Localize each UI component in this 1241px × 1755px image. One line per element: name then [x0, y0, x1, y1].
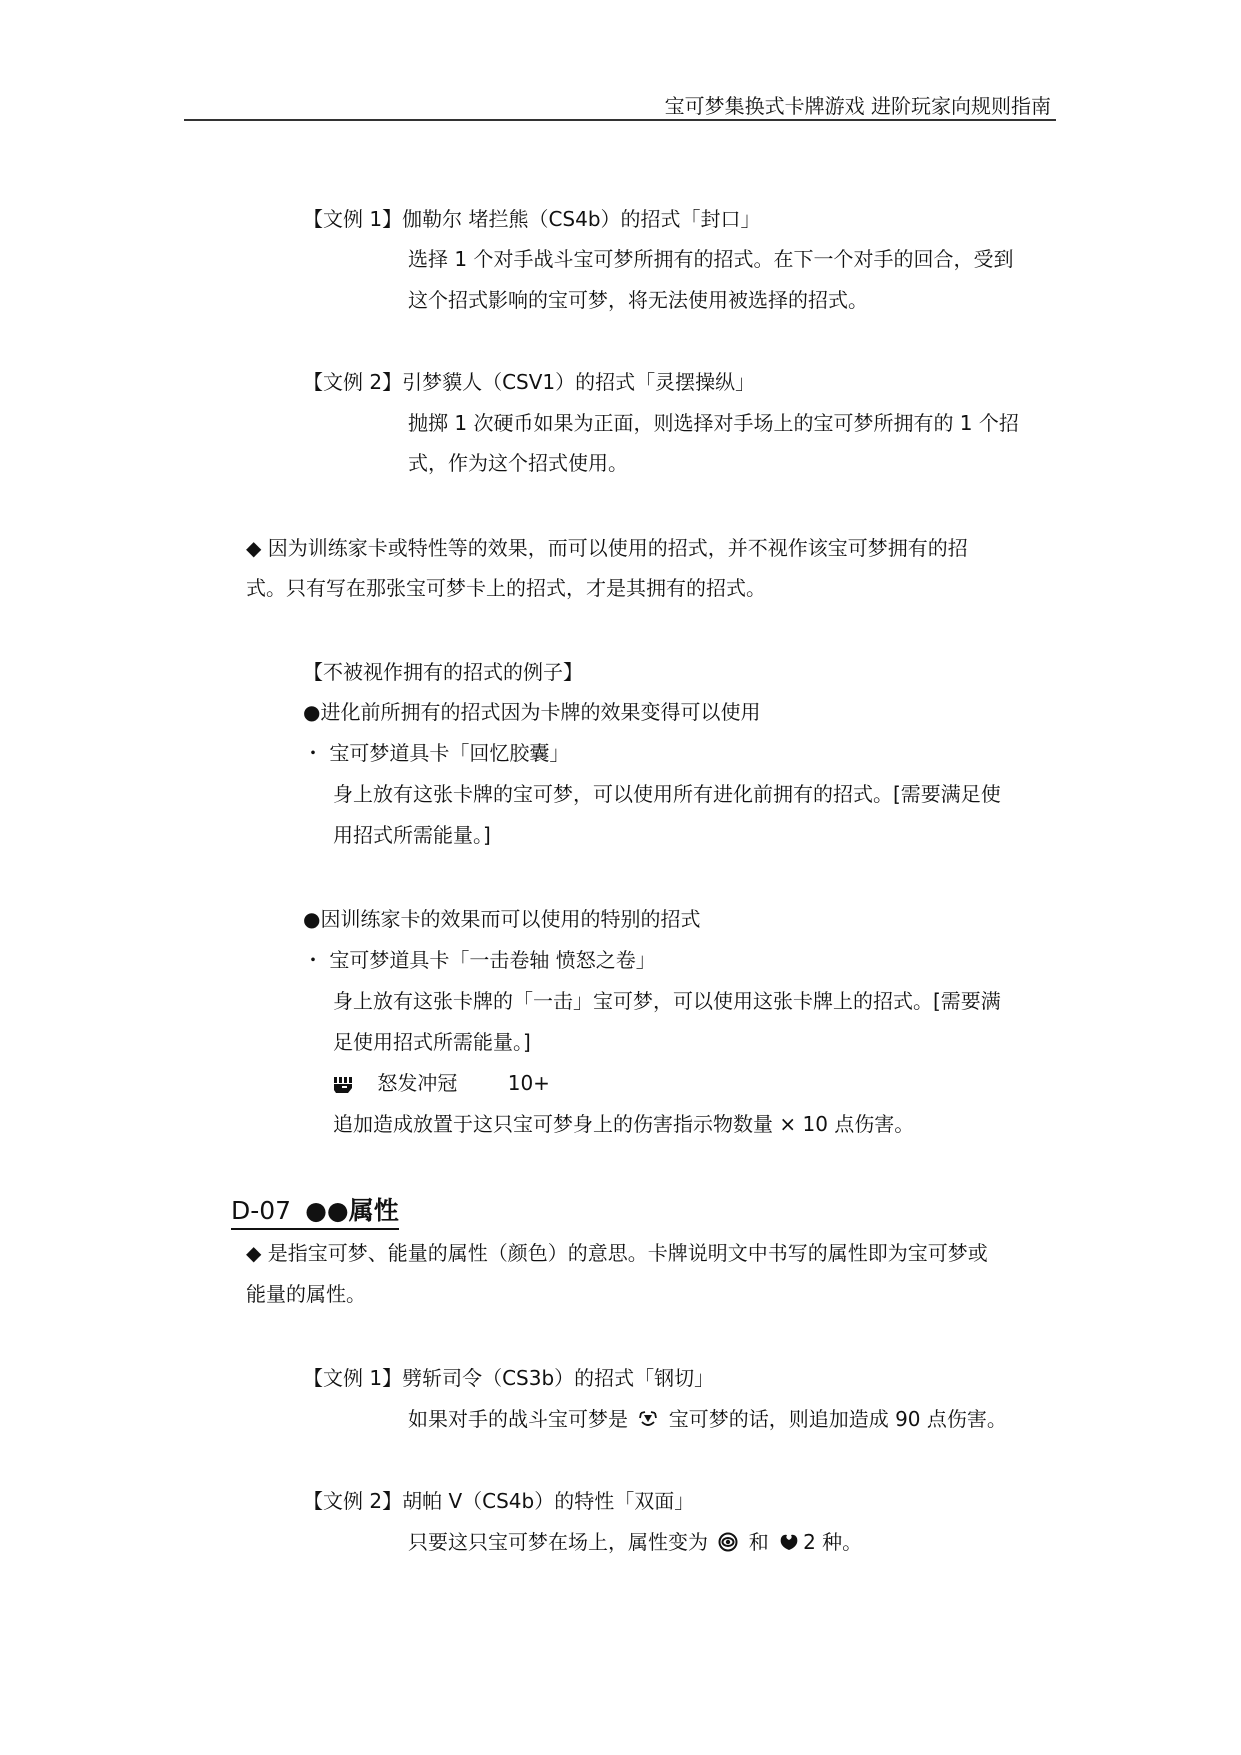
- example-2-title: 【文例 2】引梦貘人（CSV1）的招式「灵摆操纵」: [303, 370, 755, 394]
- case-1-line-1: 身上放有这张卡牌的宝可梦，可以使用所有进化前拥有的招式。[需要满足使: [333, 782, 1001, 806]
- darkness-type-icon: [779, 1532, 799, 1552]
- note-line-2: 式。只有写在那张宝可梦卡上的招式，才是其拥有的招式。: [246, 576, 766, 600]
- attack-damage: 10+: [508, 1071, 550, 1095]
- case-1-item: ・ 宝可梦道具卡「回忆胶囊」: [303, 741, 569, 765]
- d07-example-1-body: 如果对手的战斗宝可梦是 宝可梦的话，则追加造成 90 点伤害。: [408, 1407, 1007, 1431]
- note-line-1: ◆ 因为训练家卡或特性等的效果，而可以使用的招式，并不视作该宝可梦拥有的招: [246, 536, 968, 560]
- attack-effect: 追加造成放置于这只宝可梦身上的伤害指示物数量 × 10 点伤害。: [333, 1112, 914, 1136]
- non-owned-title: 【不被视作拥有的招式的例子】: [303, 660, 583, 684]
- d07-example-1-title: 【文例 1】劈斩司令（CS3b）的招式「钢切」: [303, 1366, 714, 1390]
- psychic-type-icon: [718, 1532, 738, 1552]
- fighting-energy-icon: [333, 1076, 353, 1094]
- example-1-line-1: 选择 1 个对手战斗宝可梦所拥有的招式。在下一个对手的回合，受到: [408, 247, 1013, 271]
- example-2-line-1: 抛掷 1 次硬币如果为正面，则选择对手场上的宝可梦所拥有的 1 个招: [408, 411, 1019, 435]
- metal-type-icon: [638, 1409, 658, 1429]
- diamond-bullet-icon: ◆: [246, 536, 261, 560]
- section-heading-d07: D-07●●属性: [231, 1196, 399, 1230]
- header-title: 宝可梦集换式卡牌游戏 进阶玩家向规则指南: [665, 90, 1051, 119]
- attack-row: 怒发冲冠 10+: [333, 1071, 550, 1095]
- example-1-line-2: 这个招式影响的宝可梦，将无法使用被选择的招式。: [408, 288, 868, 312]
- d07-example-2-title: 【文例 2】胡帕 V（CS4b）的特性「双面」: [303, 1489, 694, 1513]
- example-1-title: 【文例 1】伽勒尔 堵拦熊（CS4b）的招式「封口」: [303, 207, 761, 231]
- attack-name: 怒发冲冠: [377, 1071, 457, 1095]
- section-title: ●●属性: [305, 1196, 399, 1225]
- section-code: D-07: [231, 1196, 291, 1225]
- header-divider: [184, 119, 1056, 121]
- case-1-line-2: 用招式所需能量。]: [333, 823, 491, 847]
- d07-intro-line-1: ◆ 是指宝可梦、能量的属性（颜色）的意思。卡牌说明文中书写的属性即为宝可梦或: [246, 1241, 988, 1265]
- case-2-line-1: 身上放有这张卡牌的「一击」宝可梦，可以使用这张卡牌上的招式。[需要满: [333, 989, 1001, 1013]
- case-2-item: ・ 宝可梦道具卡「一击卷轴 愤怒之卷」: [303, 948, 656, 972]
- example-2-line-2: 式，作为这个招式使用。: [408, 451, 628, 475]
- d07-intro-line-2: 能量的属性。: [246, 1282, 366, 1306]
- case-2-heading: ●因训练家卡的效果而可以使用的特别的招式: [303, 907, 700, 931]
- d07-example-2-body: 只要这只宝可梦在场上，属性变为 和 2 种。: [408, 1530, 862, 1554]
- diamond-bullet-icon: ◆: [246, 1241, 261, 1265]
- case-2-line-2: 足使用招式所需能量。]: [333, 1030, 531, 1054]
- case-1-heading: ●进化前所拥有的招式因为卡牌的效果变得可以使用: [303, 700, 760, 724]
